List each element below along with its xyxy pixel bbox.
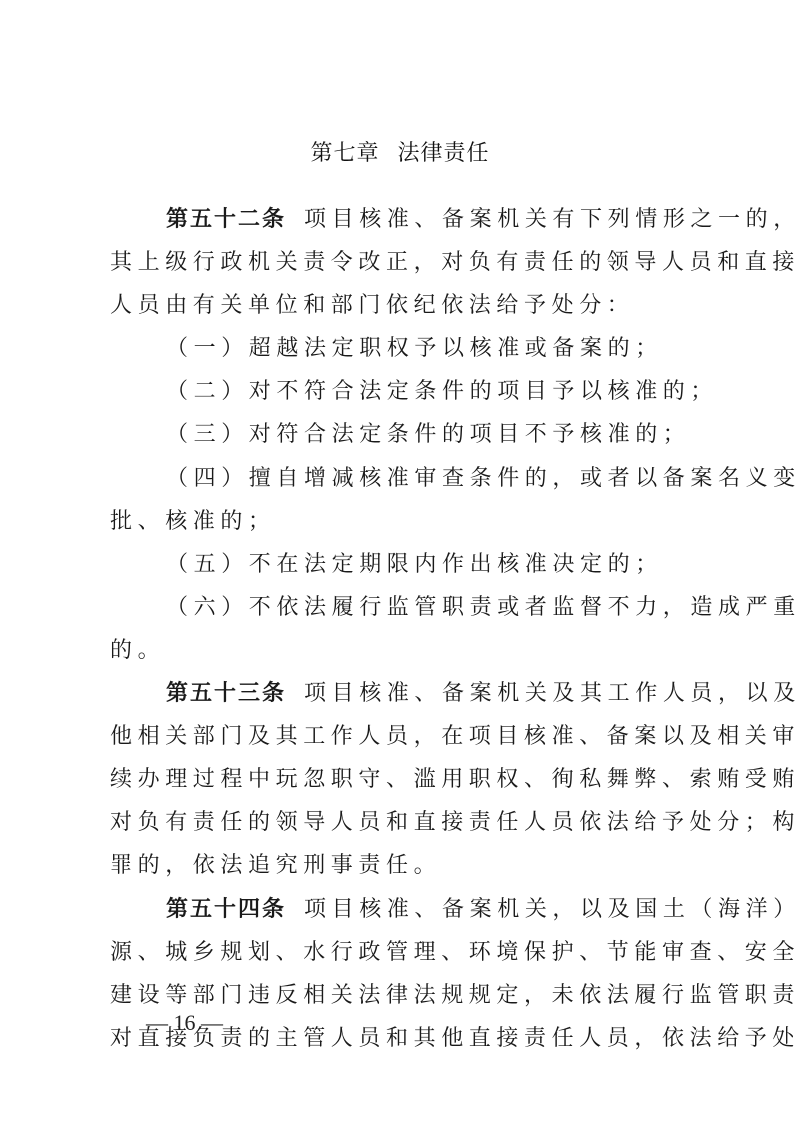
article-line: 第五十二条项目核准、备案机关有下列情形之一的，由	[110, 198, 694, 241]
text-line: 的。	[110, 629, 694, 672]
article-label: 第五十四条	[166, 897, 286, 922]
chapter-title: 法律责任	[398, 141, 490, 166]
text-line: （三）对符合法定条件的项目不予核准的；	[110, 413, 694, 456]
line-text: 源、城乡规划、水行政管理、环境保护、节能审查、安全监管、	[110, 940, 800, 965]
text-line: 他相关部门及其工作人员，在项目核准、备案以及相关审批手	[110, 715, 694, 758]
text-line: 源、城乡规划、水行政管理、环境保护、节能审查、安全监管、	[110, 931, 694, 974]
text-line: 批、核准的；	[110, 500, 694, 543]
text-line: （六）不依法履行监管职责或者监督不力，造成严重后果	[110, 586, 694, 629]
article-line: 第五十四条项目核准、备案机关，以及国土（海洋）资	[110, 888, 694, 931]
text-line: （二）对不符合法定条件的项目予以核准的；	[110, 370, 694, 413]
line-text: （三）对符合法定条件的项目不予核准的；	[166, 422, 690, 447]
line-text: （六）不依法履行监管职责或者监督不力，造成严重后果	[166, 595, 800, 620]
text-line: （四）擅自增减核准审查条件的，或者以备案名义变相审	[110, 457, 694, 500]
article-label: 第五十二条	[166, 207, 286, 232]
line-text: 项目核准、备案机关有下列情形之一的，由	[304, 207, 800, 232]
line-text: 人员由有关单位和部门依纪依法给予处分：	[110, 293, 634, 318]
text-line: （一）超越法定职权予以核准或备案的；	[110, 327, 694, 370]
line-text: （二）对不符合法定条件的项目予以核准的；	[166, 379, 718, 404]
line-text: 项目核准、备案机关及其工作人员，以及其	[304, 681, 800, 706]
line-text: 罪的，依法追究刑事责任。	[110, 853, 441, 878]
text-line: 其上级行政机关责令改正，对负有责任的领导人员和直接责任	[110, 241, 694, 284]
text-line: （五）不在法定期限内作出核准决定的；	[110, 543, 694, 586]
line-text: 他相关部门及其工作人员，在项目核准、备案以及相关审批手	[110, 724, 800, 749]
chapter-number: 第七章	[310, 141, 379, 166]
page-number: — 16 —	[146, 1010, 223, 1036]
line-text: 批、核准的；	[110, 509, 276, 534]
body-text: 第五十二条项目核准、备案机关有下列情形之一的，由其上级行政机关责令改正，对负有责…	[110, 198, 694, 1060]
line-text: 建设等部门违反相关法律法规规定，未依法履行监管职责的，	[110, 983, 800, 1008]
article-line: 第五十三条项目核准、备案机关及其工作人员，以及其	[110, 672, 694, 715]
line-text: （四）擅自增减核准审查条件的，或者以备案名义变相审	[166, 466, 800, 491]
text-line: 人员由有关单位和部门依纪依法给予处分：	[110, 284, 694, 327]
line-text: 的。	[110, 638, 165, 663]
line-text: （一）超越法定职权予以核准或备案的；	[166, 336, 663, 361]
line-text: 其上级行政机关责令改正，对负有责任的领导人员和直接责任	[110, 250, 800, 275]
line-text: 对负有责任的领导人员和直接责任人员依法给予处分；构成犯	[110, 810, 800, 835]
text-line: 罪的，依法追究刑事责任。	[110, 844, 694, 887]
document-page: 第七章法律责任 第五十二条项目核准、备案机关有下列情形之一的，由其上级行政机关责…	[0, 0, 800, 1131]
line-text: 项目核准、备案机关，以及国土（海洋）资	[304, 897, 800, 922]
line-text: 续办理过程中玩忽职守、滥用职权、徇私舞弊、索贿受贿的，	[110, 767, 800, 792]
text-line: 续办理过程中玩忽职守、滥用职权、徇私舞弊、索贿受贿的，	[110, 758, 694, 801]
chapter-heading: 第七章法律责任	[0, 139, 800, 169]
text-line: 对负有责任的领导人员和直接责任人员依法给予处分；构成犯	[110, 801, 694, 844]
line-text: （五）不在法定期限内作出核准决定的；	[166, 552, 663, 577]
article-label: 第五十三条	[166, 681, 286, 706]
